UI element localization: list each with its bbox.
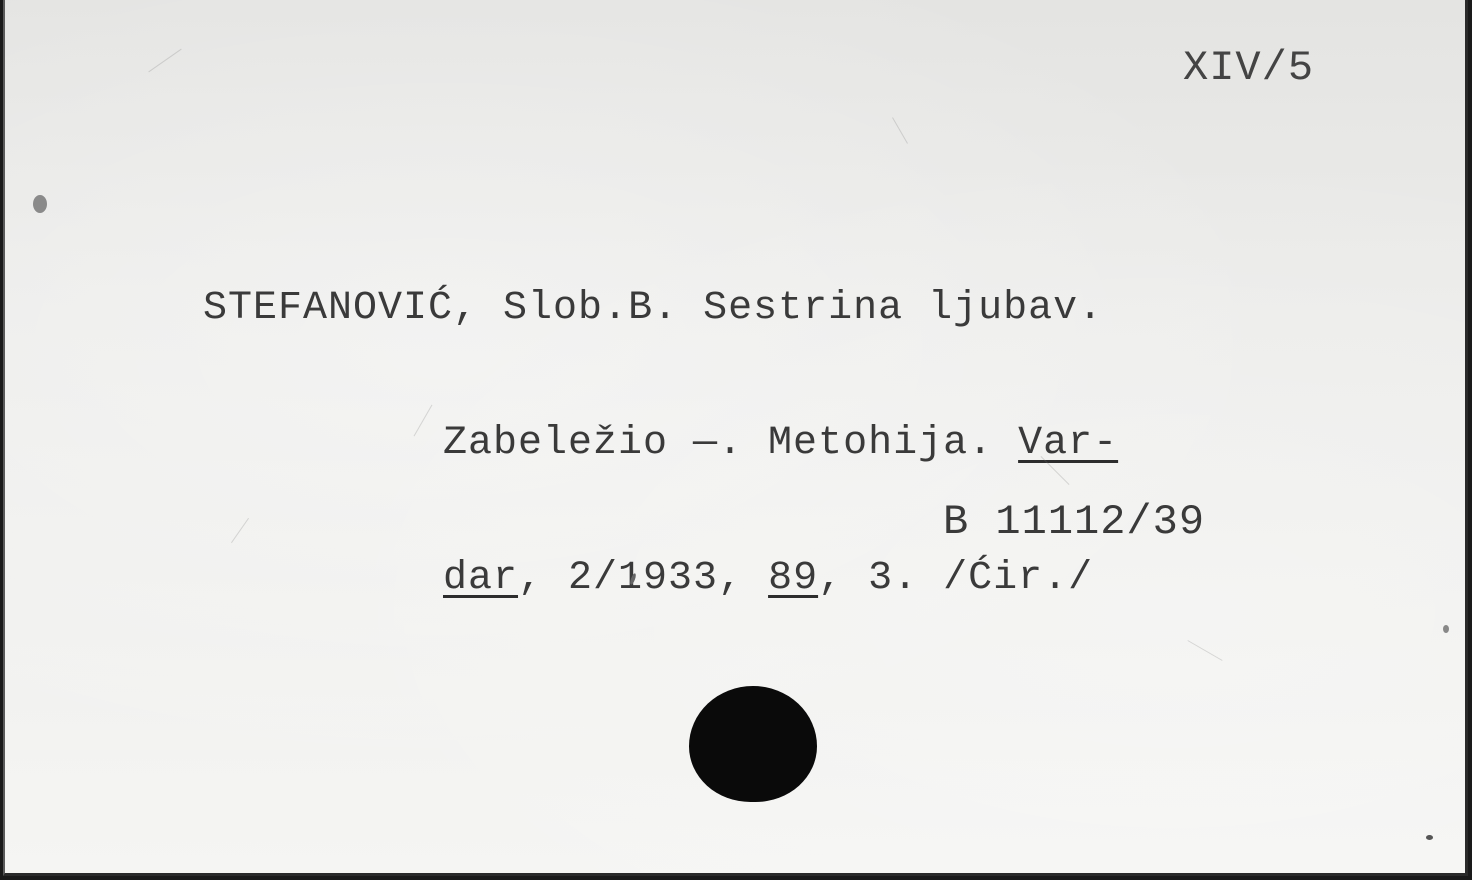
journal-title-part-2: dar — [443, 556, 518, 601]
volume-number: 89 — [768, 556, 818, 601]
paper-speck — [1426, 835, 1433, 840]
catalog-card: XIV/5 STEFANOVIĆ, Slob.B. Sestrina ljuba… — [3, 0, 1468, 876]
call-number: XIV/5 — [1183, 44, 1314, 92]
page-and-script-note: , 3. /Ćir./ — [818, 556, 1093, 601]
entry-line-3: dar, 2/1933, 89, 3. /Ćir./ — [203, 556, 1118, 601]
issue-year: , 2/1933, — [518, 556, 768, 601]
entry-line-2: Zabeležio —. Metohija. Var- — [203, 421, 1118, 466]
paper-fiber — [1187, 640, 1222, 661]
entry-line-1: STEFANOVIĆ, Slob.B. Sestrina ljubav. — [203, 286, 1118, 331]
punch-hole — [689, 686, 817, 802]
paper-fiber — [148, 49, 181, 73]
journal-title-part-1: Var- — [1018, 421, 1118, 466]
paper-speck — [1443, 625, 1449, 633]
accession-number: B 11112/39 — [943, 498, 1205, 546]
work-title: Sestrina ljubav. — [703, 286, 1103, 331]
author-name: STEFANOVIĆ, Slob.B. — [203, 286, 678, 331]
bibliographic-entry: STEFANOVIĆ, Slob.B. Sestrina ljubav. Zab… — [203, 196, 1118, 691]
paper-speck — [33, 195, 47, 213]
editor-and-source: Zabeležio —. Metohija. — [443, 421, 1018, 466]
paper-fiber — [892, 117, 908, 143]
